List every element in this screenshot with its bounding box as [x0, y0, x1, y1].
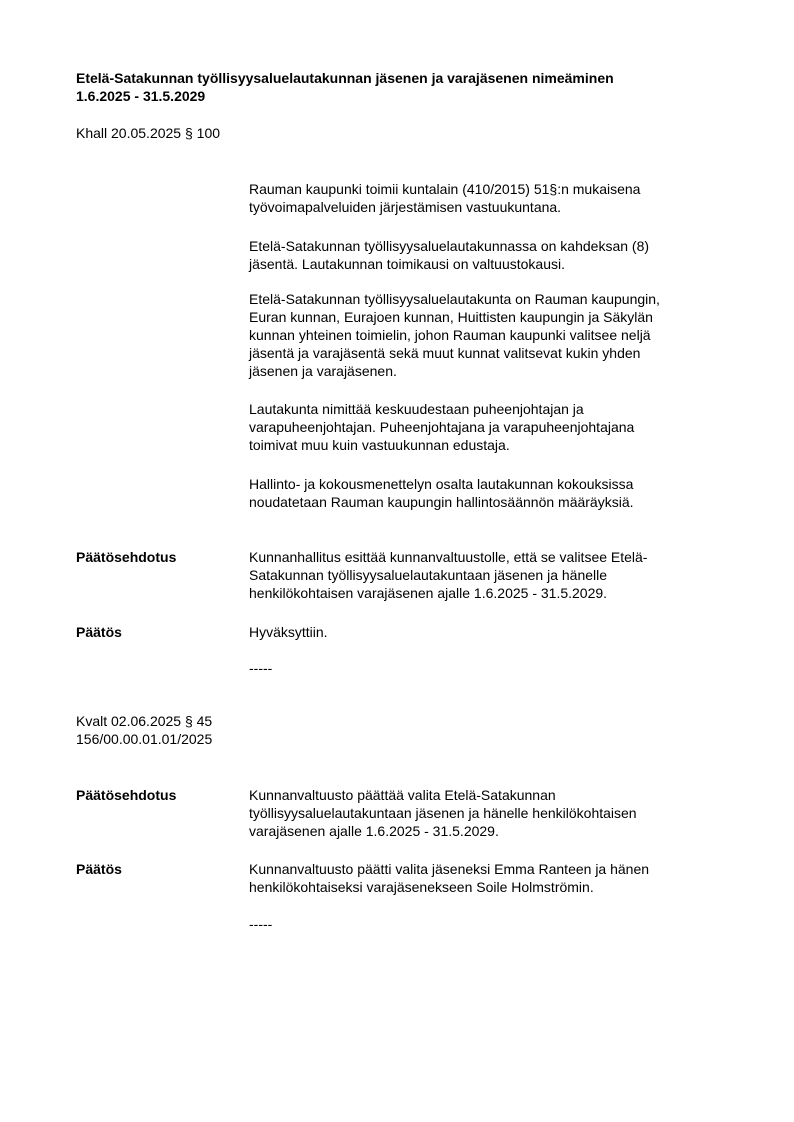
- text-line: henkilökohtaisen varajäsenen ajalle 1.6.…: [249, 584, 729, 602]
- text-line: Kunnanhallitus esittää kunnanvaltuustoll…: [249, 548, 729, 566]
- khall-proposal-text: Kunnanhallitus esittää kunnanvaltuustoll…: [249, 548, 729, 602]
- text-line: Hallinto- ja kokousmenettelyn osalta lau…: [249, 475, 729, 493]
- text-line: Kunnanvaltuusto päättää valita Etelä-Sat…: [249, 786, 729, 804]
- background-paragraph-5: Hallinto- ja kokousmenettelyn osalta lau…: [249, 475, 729, 511]
- text-line: kunnan yhteinen toimielin, johon Rauman …: [249, 326, 729, 344]
- text-line: toimivat muu kuin vastuukunnan edustaja.: [249, 436, 729, 454]
- text-line: noudatetaan Rauman kaupungin hallintosää…: [249, 493, 729, 511]
- document-title: Etelä-Satakunnan työllisyysaluelautakunn…: [76, 69, 736, 105]
- khall-proposal-label: Päätösehdotus: [76, 548, 176, 566]
- background-paragraph-4: Lautakunta nimittää keskuudestaan puheen…: [249, 400, 729, 454]
- text-line: Rauman kaupunki toimii kuntalain (410/20…: [249, 180, 729, 198]
- text-line: varapuheenjohtajan. Puheenjohtajana ja v…: [249, 418, 729, 436]
- title-line-2: 1.6.2025 - 31.5.2029: [76, 87, 736, 105]
- text-line: jäsenen ja varajäsenen.: [249, 362, 729, 380]
- background-paragraph-1: Rauman kaupunki toimii kuntalain (410/20…: [249, 180, 729, 216]
- text-line: jäsentä ja varajäsentä sekä muut kunnat …: [249, 344, 729, 362]
- text-line: Kunnanvaltuusto päätti valita jäseneksi …: [249, 860, 729, 878]
- kvalt-proposal-text: Kunnanvaltuusto päättää valita Etelä-Sat…: [249, 786, 729, 840]
- kvalt-decision-label: Päätös: [76, 860, 122, 878]
- text-line: henkilökohtaiseksi varajäsenekseen Soile…: [249, 878, 729, 896]
- text-line: Etelä-Satakunnan työllisyysaluelautakunn…: [249, 237, 729, 255]
- text-line: jäsentä. Lautakunnan toimikausi on valtu…: [249, 255, 729, 273]
- text-line: Etelä-Satakunnan työllisyysaluelautakunt…: [249, 290, 729, 308]
- kvalt-proposal-label: Päätösehdotus: [76, 786, 176, 804]
- khall-separator: -----: [249, 659, 272, 677]
- title-line-1: Etelä-Satakunnan työllisyysaluelautakunn…: [76, 69, 736, 87]
- text-line: Lautakunta nimittää keskuudestaan puheen…: [249, 400, 729, 418]
- khall-reference: Khall 20.05.2025 § 100: [76, 124, 220, 142]
- text-line: työllisyysaluelautakuntaan jäsenen ja hä…: [249, 804, 729, 822]
- kvalt-separator: -----: [249, 915, 272, 933]
- text-line: Euran kunnan, Eurajoen kunnan, Huittiste…: [249, 308, 729, 326]
- text-line: varajäsenen ajalle 1.6.2025 - 31.5.2029.: [249, 822, 729, 840]
- kvalt-decision-text: Kunnanvaltuusto päätti valita jäseneksi …: [249, 860, 729, 896]
- khall-decision-label: Päätös: [76, 623, 122, 641]
- khall-decision-text: Hyväksyttiin.: [249, 623, 729, 641]
- text-line: Hyväksyttiin.: [249, 623, 729, 641]
- background-paragraph-2: Etelä-Satakunnan työllisyysaluelautakunn…: [249, 237, 729, 273]
- background-paragraph-3: Etelä-Satakunnan työllisyysaluelautakunt…: [249, 290, 729, 380]
- text-line: työvoimapalveluiden järjestämisen vastuu…: [249, 198, 729, 216]
- record-id: 156/00.00.01.01/2025: [76, 730, 212, 748]
- kvalt-reference: Kvalt 02.06.2025 § 45: [76, 712, 212, 730]
- text-line: Satakunnan työllisyysaluelautakuntaan jä…: [249, 566, 729, 584]
